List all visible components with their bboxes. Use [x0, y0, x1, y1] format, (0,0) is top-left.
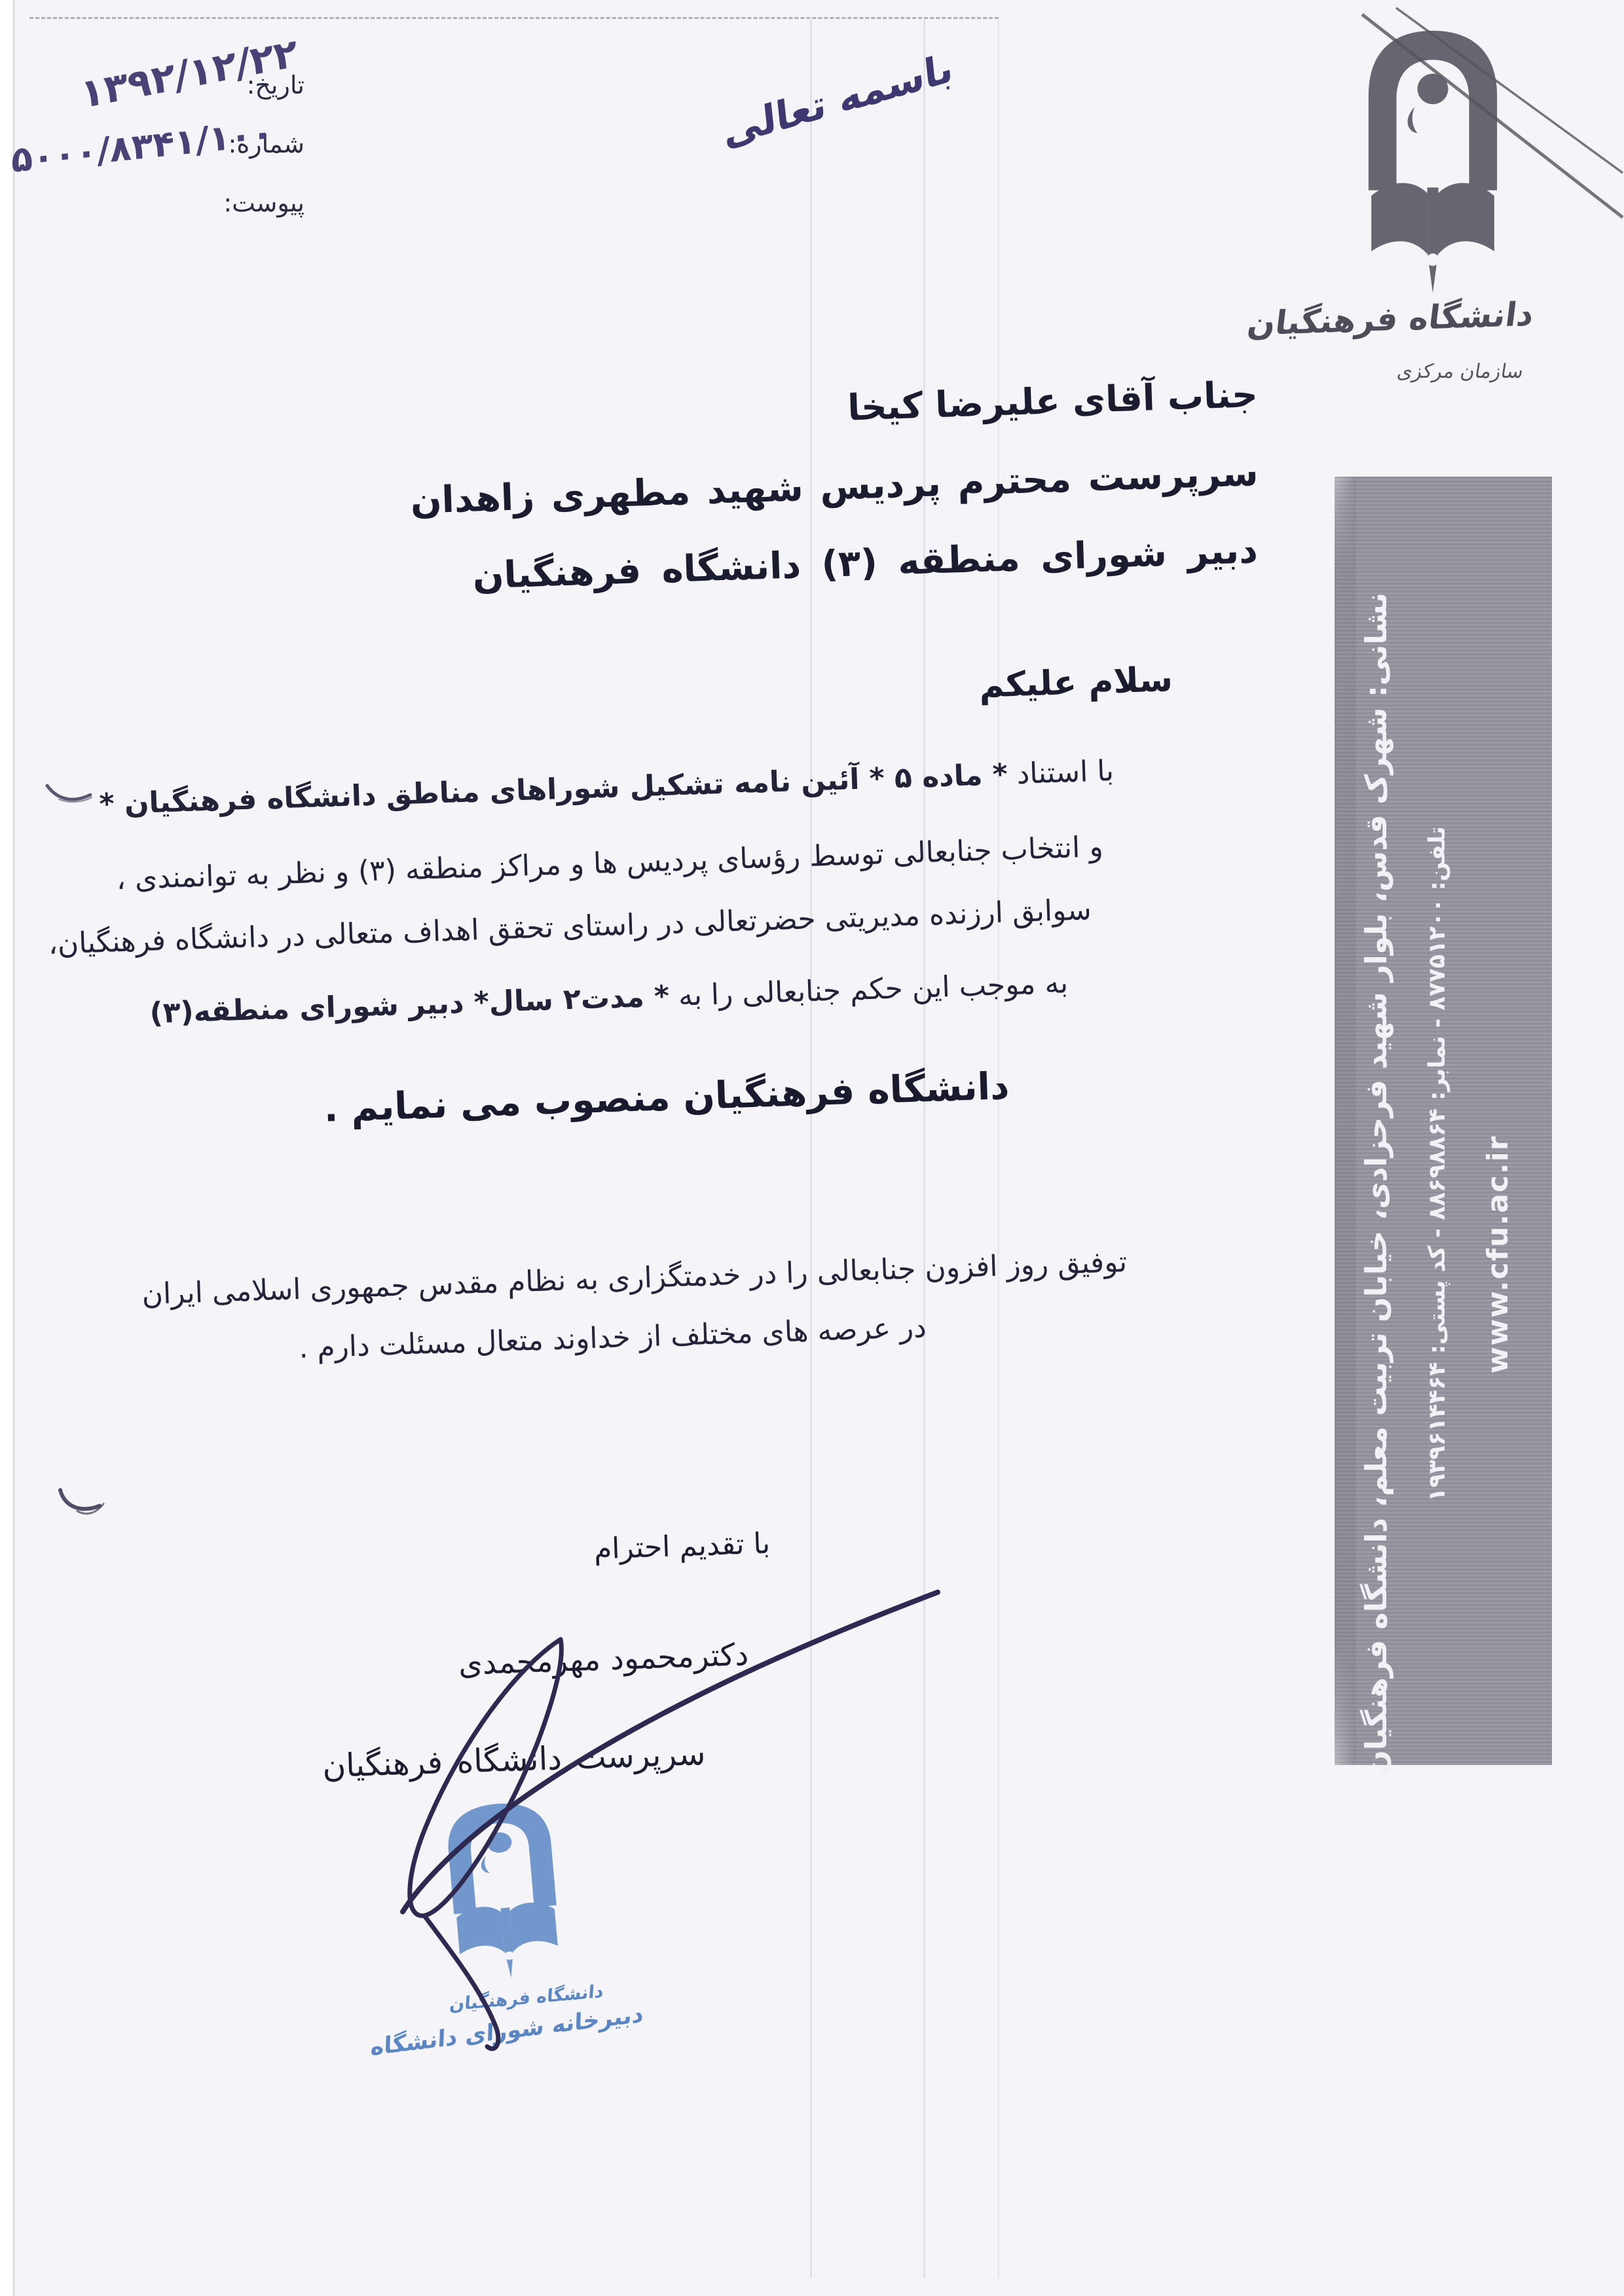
recipient-name: جناب آقای علیرضا کیخا	[847, 373, 1259, 429]
body-line-4-prefix: به موجب این حکم جنابعالی را به	[678, 966, 1069, 1013]
scan-top-dashed-line	[29, 17, 999, 19]
header-field-labels: تاریخ: شماره: پیوست:	[236, 71, 304, 247]
recipient-title-2: دبیر شورای منطقه (۳) دانشگاه فرهنگیان	[472, 529, 1259, 598]
greeting: سلام علیکم	[978, 660, 1173, 706]
body-line-1-bold: * ماده ۵ * آئین نامه تشکیل شوراهای مناطق…	[99, 757, 1008, 821]
bismillah-calligraphy: باسمه تعالی	[721, 45, 955, 156]
wish-line-2: در عرصه های مختلف از خداوند متعال مسئلت …	[299, 1311, 927, 1365]
scanned-letter-page: تاریخ: شماره: پیوست: ۱۳۹۲/۱۲/۲۲ ۵۰۰۰/۸۳۴…	[0, 0, 1624, 2296]
university-logo-icon	[1349, 21, 1517, 301]
sidebar-website-text: www.cfu.ac.ir	[1481, 1157, 1521, 1374]
attachment-label: پیوست:	[236, 189, 304, 217]
wish-line-1: توفیق روز افزون جنابعالی را در خدمتگزاری…	[141, 1245, 1128, 1311]
secretariat-stamp: دانشگاه فرهنگیان دبیرخانه شورای دانشگاه	[401, 1781, 640, 2081]
stamp-logo-icon	[428, 1792, 578, 1990]
body-line-3: سوابق ارزنده مدیریتی حضرتعالی در راستای …	[48, 893, 1092, 961]
body-line-1: با استناد * ماده ۵ * آئین نامه تشکیل شور…	[99, 754, 1115, 821]
body-line-2: و انتخاب جنابعالی توسط رؤسای پردیس ها و …	[116, 830, 1104, 896]
closing-respect: با تقدیم احترام	[593, 1527, 771, 1566]
scanner-streak	[997, 20, 999, 2278]
scan-left-edge	[0, 0, 14, 2296]
punch-mark-icon	[47, 786, 103, 1514]
body-line-5: دانشگاه فرهنگیان منصوب می نمایم .	[323, 1065, 1010, 1131]
recipient-title-1: سرپرست محترم پردیس شهید مطهری زاهدان	[409, 452, 1259, 522]
signer-name: دکترمحمود مهرمحمدی	[458, 1637, 749, 1683]
org-sub-label: سازمان مرکزی	[1392, 360, 1529, 383]
body-line-1-prefix: با استناد	[1016, 754, 1115, 791]
body-line-4-bold: * مدت۲ سال* دبیر شورای منطقه(۳)	[149, 979, 670, 1030]
body-line-4: به موجب این حکم جنابعالی را به * مدت۲ سا…	[149, 966, 1069, 1030]
org-name-calligraphy: دانشگاه فرهنگیان	[1325, 295, 1536, 340]
scanner-streak	[923, 20, 925, 2278]
scanner-streak	[810, 20, 812, 2278]
signer-title: سرپرست دانشگاه فرهنگیان	[322, 1735, 706, 1785]
handwritten-number-value: ۵۰۰۰/۸۳۴۱/۱۰۰	[10, 112, 274, 181]
sidebar-phone-text: تلفن: ۸۷۷۵۱۲۰۰ - نمابر: ۸۸۶۹۸۸۶۴ - کد پس…	[1424, 826, 1464, 1481]
sidebar-address-text: نشانی: شهرک قدس، بلوار شهید فرحزادی، خیا…	[1359, 592, 1398, 1398]
